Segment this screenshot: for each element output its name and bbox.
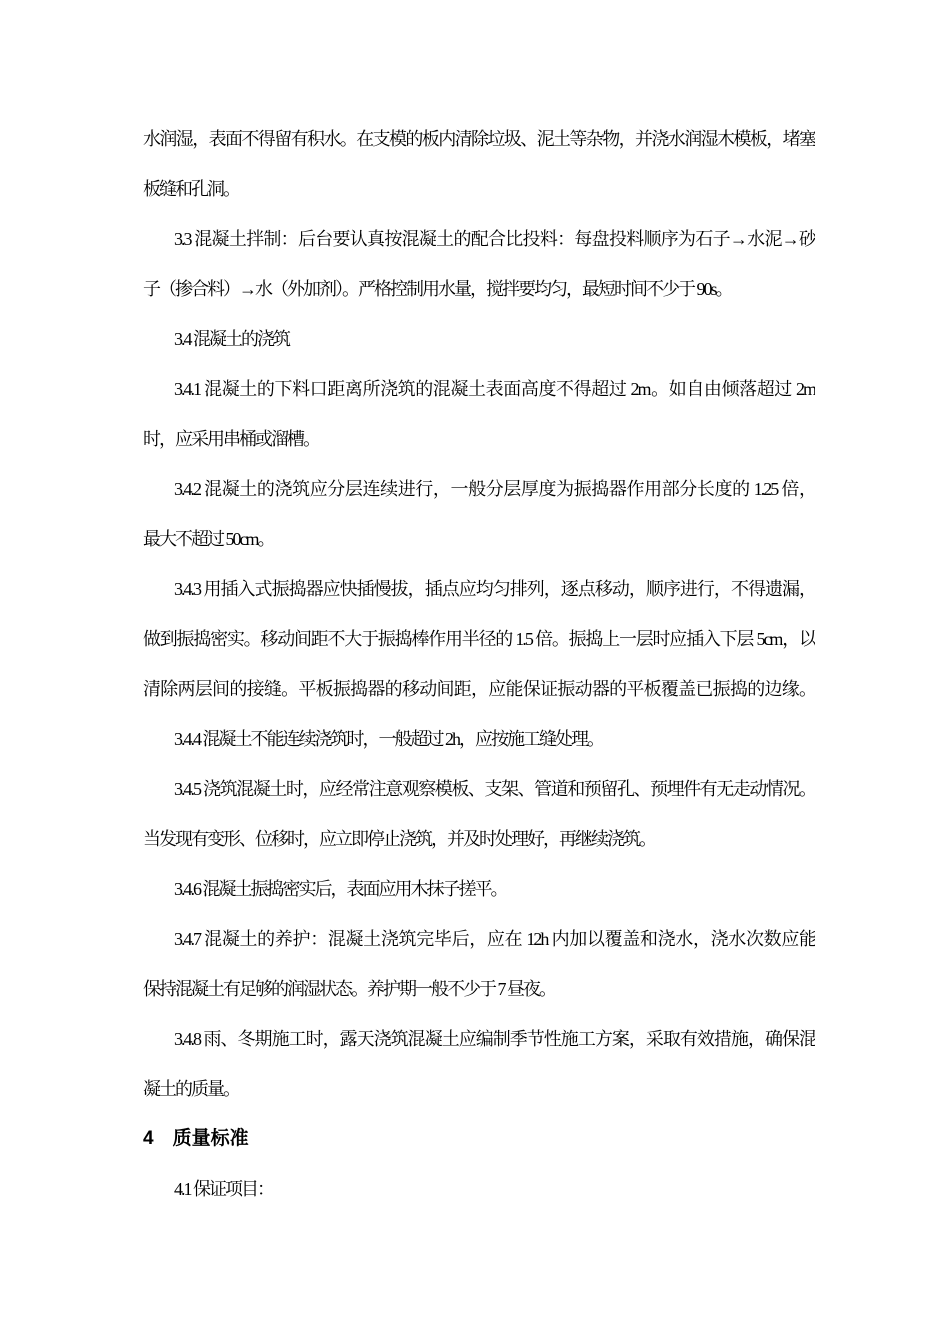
text-line-15: 当发现有变形、位移时，应立即停止浇筑，并及时处理好，再继续浇筑。 <box>143 814 815 864</box>
text-line-05-clause-3-4: 3.4 混凝土的浇筑 <box>143 314 815 364</box>
section-4-heading-quality-standards: 4 质量标准 <box>143 1114 815 1164</box>
text-line-18: 保持混凝土有足够的润湿状态。养护期一般不少于 7 昼夜。 <box>143 964 815 1014</box>
text-line-13-clause-3-4-4: 3.4.4 混凝土不能连续浇筑时，一般超过 2h，应按施工缝处理。 <box>143 714 815 764</box>
document-page: 水润湿，表面不得留有积水。在支模的板内清除垃圾、泥土等杂物，并浇水润湿木模板，堵… <box>0 0 950 1344</box>
text-line-16-clause-3-4-6: 3.4.6 混凝土振捣密实后，表面应用木抹子搓平。 <box>143 864 815 914</box>
text-line-07: 时，应采用串桶或溜槽。 <box>143 414 815 464</box>
text-line-20: 凝土的质量。 <box>143 1064 815 1114</box>
text-line-02: 板缝和孔洞。 <box>143 164 815 214</box>
text-line-03-clause-3-3: 3.3 混凝土拌制：后台要认真按混凝土的配合比投料：每盘投料顺序为石子→水泥→砂 <box>143 214 815 264</box>
text-line-14-clause-3-4-5: 3.4.5 浇筑混凝土时，应经常注意观察模板、支架、管道和预留孔、预埋件有无走动… <box>143 764 815 814</box>
text-line-12: 清除两层间的接缝。平板振捣器的移动间距，应能保证振动器的平板覆盖已振捣的边缘。 <box>143 664 815 714</box>
text-line-10-clause-3-4-3: 3.4.3 用插入式振捣器应快插慢拔，插点应均匀排列，逐点移动，顺序进行，不得遗… <box>143 564 815 614</box>
text-line-09: 最大不超过 50cm。 <box>143 514 815 564</box>
text-line-22-clause-4-1: 4.1 保证项目： <box>143 1164 815 1214</box>
text-line-01: 水润湿，表面不得留有积水。在支模的板内清除垃圾、泥土等杂物，并浇水润湿木模板，堵… <box>143 114 815 164</box>
document-content: 水润湿，表面不得留有积水。在支模的板内清除垃圾、泥土等杂物，并浇水润湿木模板，堵… <box>143 114 815 1214</box>
text-line-04: 子（掺合料）→水（外加剂）。严格控制用水量，搅拌要均匀，最短时间不少于 90s。 <box>143 264 815 314</box>
text-line-11: 做到振捣密实。移动间距不大于振捣棒作用半径的 1.5 倍。振捣上一层时应插入下层… <box>143 614 815 664</box>
text-line-06-clause-3-4-1: 3.4.1 混凝土的下料口距离所浇筑的混凝土表面高度不得超过 2m。如自由倾落超… <box>143 364 815 414</box>
text-line-08-clause-3-4-2: 3.4.2 混凝土的浇筑应分层连续进行，一般分层厚度为振捣器作用部分长度的 1.… <box>143 464 815 514</box>
text-line-17-clause-3-4-7: 3.4.7 混凝土的养护：混凝土浇筑完毕后，应在 12h 内加以覆盖和浇水，浇水… <box>143 914 815 964</box>
text-line-19-clause-3-4-8: 3.4.8 雨、冬期施工时，露天浇筑混凝土应编制季节性施工方案，采取有效措施，确… <box>143 1014 815 1064</box>
